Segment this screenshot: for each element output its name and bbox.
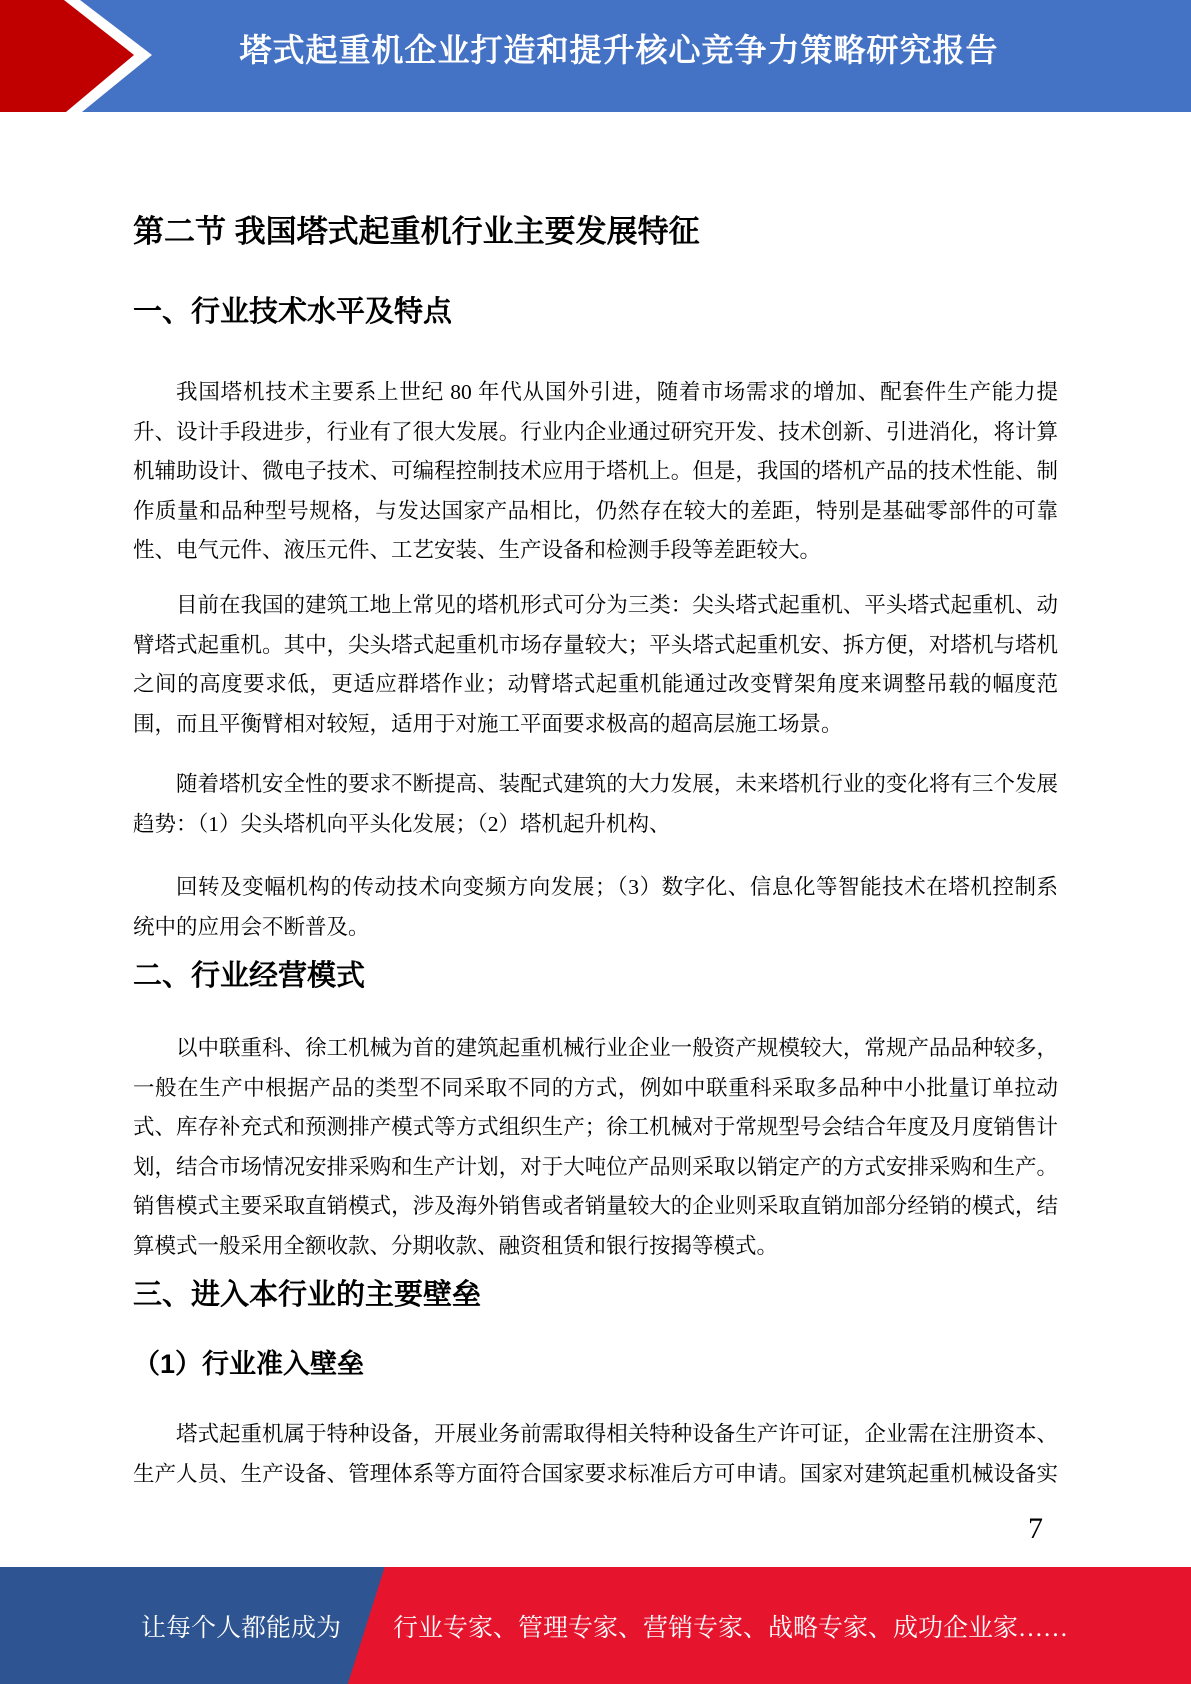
text-line: 围，而且平衡臂相对较短，适用于对施工平面要求极高的超高层施工场景。 bbox=[133, 705, 1058, 745]
header-banner: 塔式起重机企业打造和提升核心竞争力策略研究报告 bbox=[0, 0, 1191, 112]
text-line: 趋势：（1）尖头塔机向平头化发展；（2）塔机起升机构、 bbox=[133, 805, 1058, 845]
paragraph-tech-overview: 我国塔机技术主要系上世纪 80 年代从国外引进，随着市场需求的增加、配套件生产能… bbox=[133, 373, 1058, 571]
header-arrow-icon bbox=[0, 0, 200, 112]
subheading-entry-barrier: （1）行业准入壁垒 bbox=[133, 1349, 1058, 1380]
text-line: 机辅助设计、微电子技术、可编程控制技术应用于塔机上。但是，我国的塔机产品的技术性… bbox=[133, 452, 1058, 492]
text-line: 作质量和品种型号规格，与发达国家产品相比，仍然存在较大的差距，特别是基础零部件的… bbox=[133, 492, 1058, 532]
subsection-heading-tech: 一、行业技术水平及特点 bbox=[133, 296, 1058, 329]
subsection-heading-barrier: 三、进入本行业的主要壁垒 bbox=[133, 1279, 1058, 1312]
footer-slogan-right: 行业专家、管理专家、营销专家、战略专家、成功企业家…… bbox=[393, 1567, 1068, 1684]
text-line: 我国塔机技术主要系上世纪 80 年代从国外引进，随着市场需求的增加、配套件生产能… bbox=[133, 373, 1058, 413]
text-line: 塔式起重机属于特种设备，开展业务前需取得相关特种设备生产许可证，企业需在注册资本… bbox=[133, 1415, 1058, 1455]
text-line: 之间的高度要求低，更适应群塔作业；动臂塔式起重机能通过改变臂架角度来调整吊载的幅… bbox=[133, 665, 1058, 705]
text-line: 性、电气元件、液压元件、工艺安装、生产设备和检测手段等差距较大。 bbox=[133, 531, 1058, 571]
text-line: 生产人员、生产设备、管理体系等方面符合国家要求标准后方可申请。国家对建筑起重机械… bbox=[133, 1455, 1058, 1495]
document-page: 塔式起重机企业打造和提升核心竞争力策略研究报告 第二节 我国塔式起重机行业主要发… bbox=[0, 0, 1191, 1684]
page-number: 7 bbox=[1028, 1512, 1043, 1546]
footer-banner: 让每个人都能成为 行业专家、管理专家、营销专家、战略专家、成功企业家…… bbox=[0, 1567, 1191, 1684]
report-title: 塔式起重机企业打造和提升核心竞争力策略研究报告 bbox=[239, 25, 998, 71]
paragraph-entry-barrier: 塔式起重机属于特种设备，开展业务前需取得相关特种设备生产许可证，企业需在注册资本… bbox=[133, 1415, 1058, 1494]
text-line: 式、库存补充式和预测排产模式等方式组织生产；徐工机械对于常规型号会结合年度及月度… bbox=[133, 1108, 1058, 1148]
text-line: 划，结合市场情况安排采购和生产计划，对于大吨位产品则采取以销定产的方式安排采购和… bbox=[133, 1148, 1058, 1188]
text-line: 统中的应用会不断普及。 bbox=[133, 908, 1058, 948]
text-line: 一般在生产中根据产品的类型不同采取不同的方式，例如中联重科采取多品种中小批量订单… bbox=[133, 1069, 1058, 1109]
text-line: 回转及变幅机构的传动技术向变频方向发展；（3）数字化、信息化等智能技术在塔机控制… bbox=[133, 868, 1058, 908]
text-line: 以中联重科、徐工机械为首的建筑起重机械行业企业一般资产规模较大，常规产品品种较多… bbox=[133, 1029, 1058, 1069]
text-line: 升、设计手段进步，行业有了很大发展。行业内企业通过研究开发、技术创新、引进消化，… bbox=[133, 413, 1058, 453]
footer-slogan-left: 让每个人都能成为 bbox=[141, 1567, 341, 1684]
text-line: 臂塔式起重机。其中，尖头塔式起重机市场存量较大；平头塔式起重机安、拆方便，对塔机… bbox=[133, 626, 1058, 666]
paragraph-crane-types: 目前在我国的建筑工地上常见的塔机形式可分为三类：尖头塔式起重机、平头塔式起重机、… bbox=[133, 586, 1058, 744]
paragraph-business-model: 以中联重科、徐工机械为首的建筑起重机械行业企业一般资产规模较大，常规产品品种较多… bbox=[133, 1029, 1058, 1266]
text-line: 随着塔机安全性的要求不断提高、装配式建筑的大力发展，未来塔机行业的变化将有三个发… bbox=[133, 765, 1058, 805]
text-line: 目前在我国的建筑工地上常见的塔机形式可分为三类：尖头塔式起重机、平头塔式起重机、… bbox=[133, 586, 1058, 626]
section-heading: 第二节 我国塔式起重机行业主要发展特征 bbox=[133, 214, 1058, 250]
paragraph-trends-part1: 随着塔机安全性的要求不断提高、装配式建筑的大力发展，未来塔机行业的变化将有三个发… bbox=[133, 765, 1058, 844]
text-line: 算模式一般采用全额收款、分期收款、融资租赁和银行按揭等模式。 bbox=[133, 1227, 1058, 1267]
text-line: 销售模式主要采取直销模式，涉及海外销售或者销量较大的企业则采取直销加部分经销的模… bbox=[133, 1187, 1058, 1227]
paragraph-trends-part2: 回转及变幅机构的传动技术向变频方向发展；（3）数字化、信息化等智能技术在塔机控制… bbox=[133, 868, 1058, 947]
subsection-heading-business: 二、行业经营模式 bbox=[133, 960, 1058, 993]
